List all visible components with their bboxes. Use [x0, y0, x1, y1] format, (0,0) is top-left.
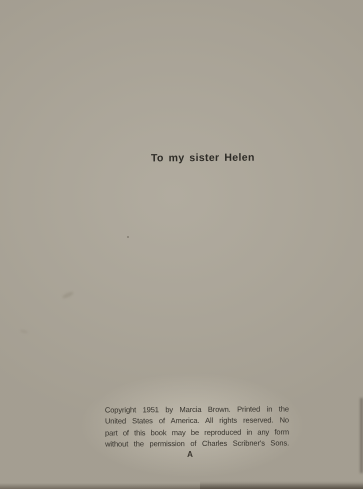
copyright-line: United States of America. All rights res… — [105, 415, 289, 427]
paper-smudge — [20, 329, 29, 334]
book-page: To my sister Helen Copyright 1951 by Mar… — [0, 0, 363, 489]
copyright-line: part of this book may be reproduced in a… — [105, 426, 289, 438]
page-bottom-edge-shadow — [200, 481, 363, 489]
copyright-notice: Copyright 1951 by Marcia Brown. Printed … — [105, 403, 289, 449]
printers-key: A — [182, 450, 198, 459]
dedication-text: To my sister Helen — [151, 152, 255, 165]
paper-smudge — [62, 291, 75, 300]
copyright-line: without the permission of Charles Scribn… — [105, 437, 289, 449]
paper-speck — [127, 236, 129, 238]
